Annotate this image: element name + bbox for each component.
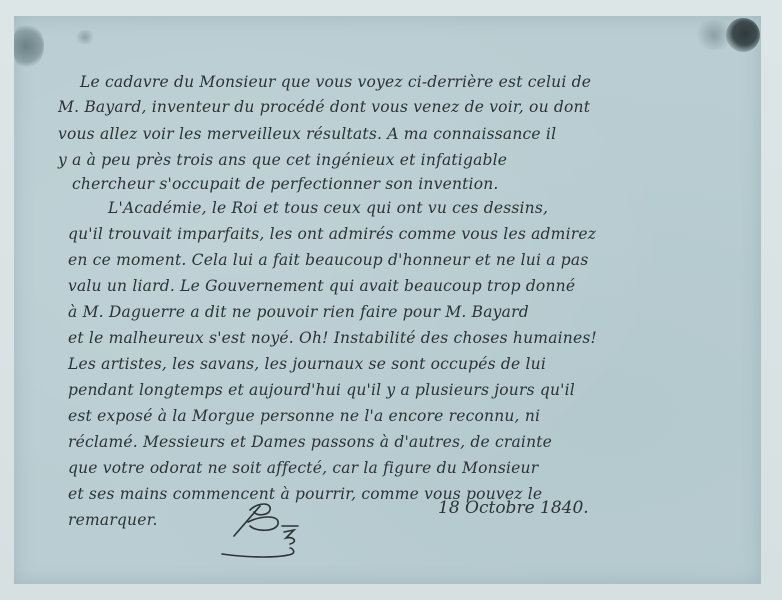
letter-line: L'Académie, le Roi et tous ceux qui ont … <box>108 196 548 220</box>
letter-line: qu'il trouvait imparfaits, les ont admir… <box>68 222 596 246</box>
letter-line: Le cadavre du Monsieur que vous voyez ci… <box>80 70 591 94</box>
letter-line: valu un liard. Le Gouvernement qui avait… <box>68 274 575 298</box>
letter-line: y a à peu près trois ans que cet ingénie… <box>58 148 507 172</box>
stain-top-left-small <box>74 30 96 44</box>
letter-line: M. Bayard, inventeur du procédé dont vou… <box>58 95 590 119</box>
letter-line: est exposé à la Morgue personne ne l'a e… <box>68 404 540 428</box>
letter-line: pendant longtemps et aujourd'hui qu'il y… <box>68 378 575 402</box>
letter-line: à M. Daguerre a dit ne pouvoir rien fair… <box>68 300 529 324</box>
letter-line: remarquer. <box>68 508 158 532</box>
letter-line: chercheur s'occupait de perfectionner so… <box>72 172 499 196</box>
signature-monogram-icon: H B <box>220 500 310 562</box>
letter-date: 18 Octobre 1840. <box>438 498 589 518</box>
stain-top-right <box>726 18 760 52</box>
letter-line: vous allez voir les merveilleux résultat… <box>58 122 556 146</box>
letter-line: réclamé. Messieurs et Dames passons à d'… <box>68 430 552 454</box>
letter-line: en ce moment. Cela lui a fait beaucoup d… <box>68 248 589 272</box>
stain-top-left <box>14 24 44 68</box>
letter-line: que votre odorat ne soit affecté, car la… <box>68 456 538 480</box>
letter-line: et le malheureux s'est noyé. Oh! Instabi… <box>68 326 597 350</box>
letter-line: Les artistes, les savans, les journaux s… <box>68 352 546 376</box>
